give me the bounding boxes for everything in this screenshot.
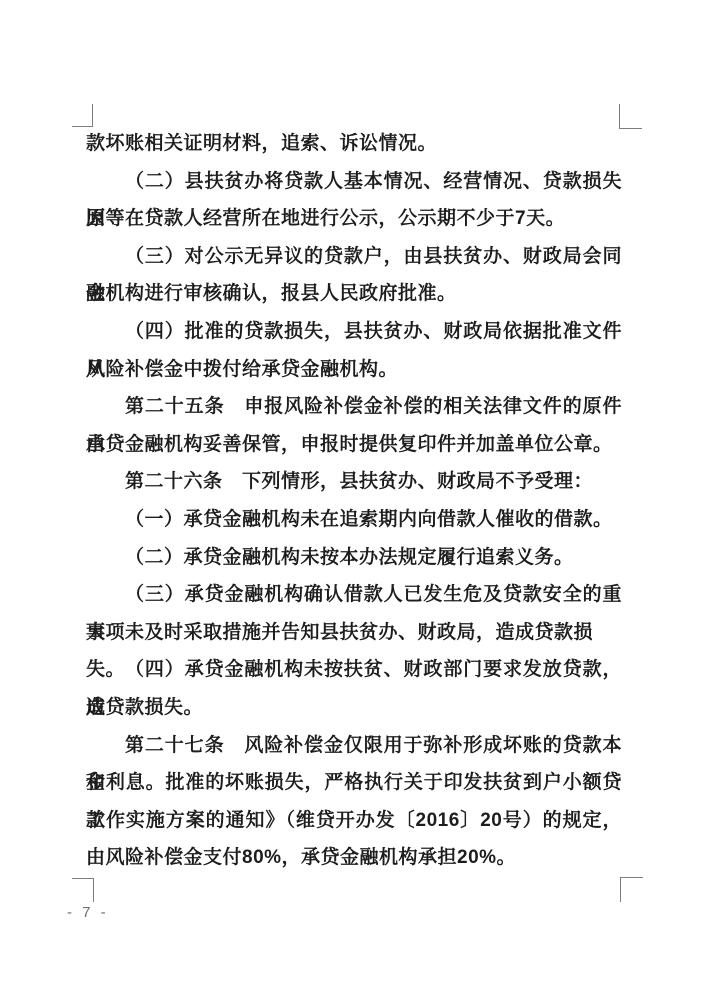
- document-line: 成贷款损失。: [86, 689, 622, 727]
- document-line: （三）承贷金融机构确认借款人已发生危及贷款安全的重大: [86, 576, 622, 614]
- document-line: （四）承贷金融机构未按扶贫、财政部门要求发放贷款，造: [86, 651, 622, 689]
- document-line: 款坏账相关证明材料，追索、诉讼情况。: [86, 125, 622, 163]
- document-line: 承贷金融机构妥善保管，申报时提供复印件并加盖单位公章。: [86, 426, 622, 464]
- document-line: （二）县扶贫办将贷款人基本情况、经营情况、贷款损失原: [86, 163, 622, 201]
- document-line: 第二十五条 申报风险补偿金补偿的相关法律文件的原件由: [86, 388, 622, 426]
- document-line: 第二十六条 下列情形，县扶贫办、财政局不予受理：: [86, 463, 622, 501]
- document-line: （三）对公示无异议的贷款户，由县扶贫办、财政局会同金: [86, 238, 622, 276]
- document-line: 因等在贷款人经营所在地进行公示，公示期不少于7天。: [86, 200, 622, 238]
- document-line: 工作实施方案的通知》（维贷开办发〔2016〕20号）的规定，: [86, 802, 622, 840]
- document-line: 第二十七条 风险补偿金仅限用于弥补形成坏账的贷款本金: [86, 727, 622, 765]
- document-line: 融机构进行审核确认，报县人民政府批准。: [86, 275, 622, 313]
- crop-mark-top-left-icon: [72, 104, 93, 127]
- document-line: 事项未及时采取措施并告知县扶贫办、财政局，造成贷款损失。: [86, 614, 622, 652]
- document-line: （四）批准的贷款损失，县扶贫办、财政局依据批准文件从: [86, 313, 622, 351]
- page-number: - 7 -: [67, 904, 109, 921]
- crop-mark-bottom-left-icon: [72, 878, 94, 902]
- crop-mark-bottom-right-icon: [620, 877, 643, 902]
- document-line: 风险补偿金中拨付给承贷金融机构。: [86, 351, 622, 389]
- document-line: （二）承贷金融机构未按本办法规定履行追索义务。: [86, 539, 622, 577]
- document-line: 和利息。批准的坏账损失，严格执行关于印发扶贫到户小额贷款: [86, 764, 622, 802]
- document-page: 款坏账相关证明材料，追索、诉讼情况。（二）县扶贫办将贷款人基本情况、经营情况、贷…: [0, 0, 707, 1000]
- crop-mark-top-right-icon: [619, 104, 642, 129]
- document-content: 款坏账相关证明材料，追索、诉讼情况。（二）县扶贫办将贷款人基本情况、经营情况、贷…: [86, 125, 622, 877]
- document-line: （一）承贷金融机构未在追索期内向借款人催收的借款。: [86, 501, 622, 539]
- document-line: 由风险补偿金支付80%，承贷金融机构承担20%。: [86, 839, 622, 877]
